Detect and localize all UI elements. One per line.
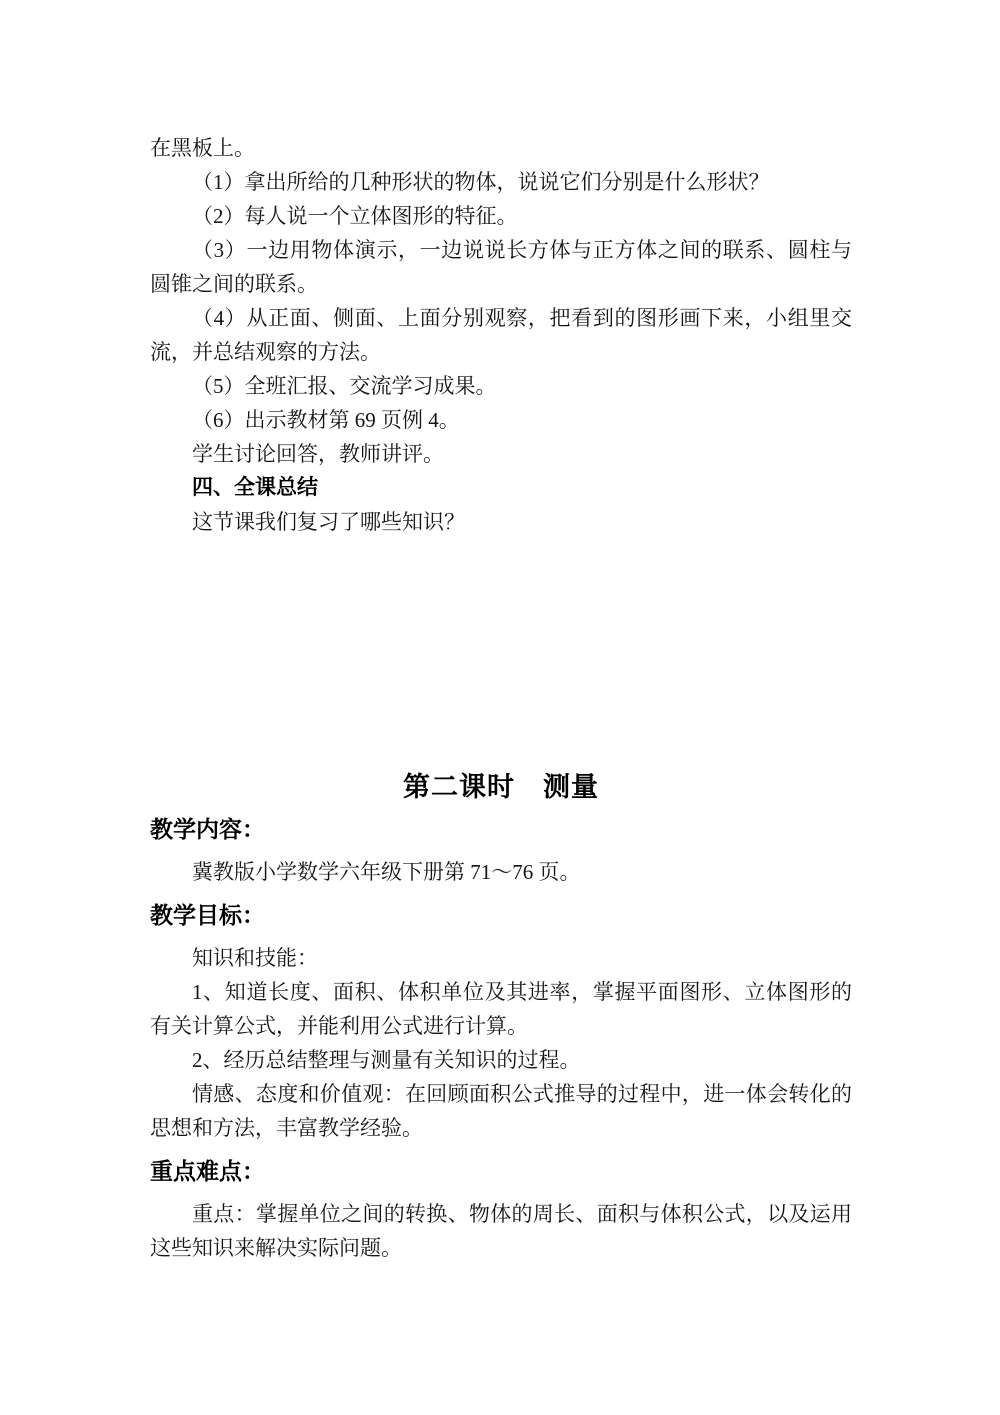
summary-heading: 四、全课总结 [150, 471, 852, 505]
step-2: （2）每人说一个立体图形的特征。 [150, 199, 852, 233]
content-group: 冀教版小学数学六年级下册第 71〜76 页。 [150, 855, 852, 889]
objectives-heading: 教学目标： [150, 897, 852, 933]
document-page: 在黑板上。 （1）拿出所给的几种形状的物体，说说它们分别是什么形状？ （2）每人… [0, 0, 1000, 1415]
content-heading: 教学内容： [150, 811, 852, 847]
step-1: （1）拿出所给的几种形状的物体，说说它们分别是什么形状？ [150, 165, 852, 199]
objective-2: 2、经历总结整理与测量有关知识的过程。 [150, 1043, 852, 1077]
objectives-group: 知识和技能： 1、知道长度、面积、体积单位及其进率，掌握平面图形、立体图形的有关… [150, 941, 852, 1145]
summary-question: 这节课我们复习了哪些知识？ [150, 505, 852, 539]
step-5: （5）全班汇报、交流学习成果。 [150, 369, 852, 403]
objective-affective: 情感、态度和价值观：在回顾面积公式推导的过程中，进一体会转化的思想和方法，丰富教… [150, 1077, 852, 1145]
objective-1: 1、知道长度、面积、体积单位及其进率，掌握平面图形、立体图形的有关计算公式，并能… [150, 975, 852, 1043]
previous-lesson-section: 在黑板上。 （1）拿出所给的几种形状的物体，说说它们分别是什么形状？ （2）每人… [150, 131, 852, 539]
key-points-group: 重点：掌握单位之间的转换、物体的周长、面积与体积公式，以及运用这些知识来解决实际… [150, 1197, 852, 1265]
step-4: （4）从正面、侧面、上面分别观察，把看到的图形画下来，小组里交流，并总结观察的方… [150, 301, 852, 369]
objective-skills-label: 知识和技能： [150, 941, 852, 975]
paragraph-intro: 在黑板上。 [150, 131, 852, 165]
lesson2-section: 第二课时 测量 教学内容： 冀教版小学数学六年级下册第 71〜76 页。 教学目… [150, 767, 852, 1265]
content-text: 冀教版小学数学六年级下册第 71〜76 页。 [150, 855, 852, 889]
key-points-text: 重点：掌握单位之间的转换、物体的周长、面积与体积公式，以及运用这些知识来解决实际… [150, 1197, 852, 1265]
lesson-title: 第二课时 测量 [150, 767, 852, 807]
paragraph-followup: 学生讨论回答，教师讲评。 [150, 437, 852, 471]
step-6: （6）出示教材第 69 页例 4。 [150, 403, 852, 437]
step-3: （3）一边用物体演示，一边说说长方体与正方体之间的联系、圆柱与圆锥之间的联系。 [150, 233, 852, 301]
key-points-heading: 重点难点： [150, 1153, 852, 1189]
